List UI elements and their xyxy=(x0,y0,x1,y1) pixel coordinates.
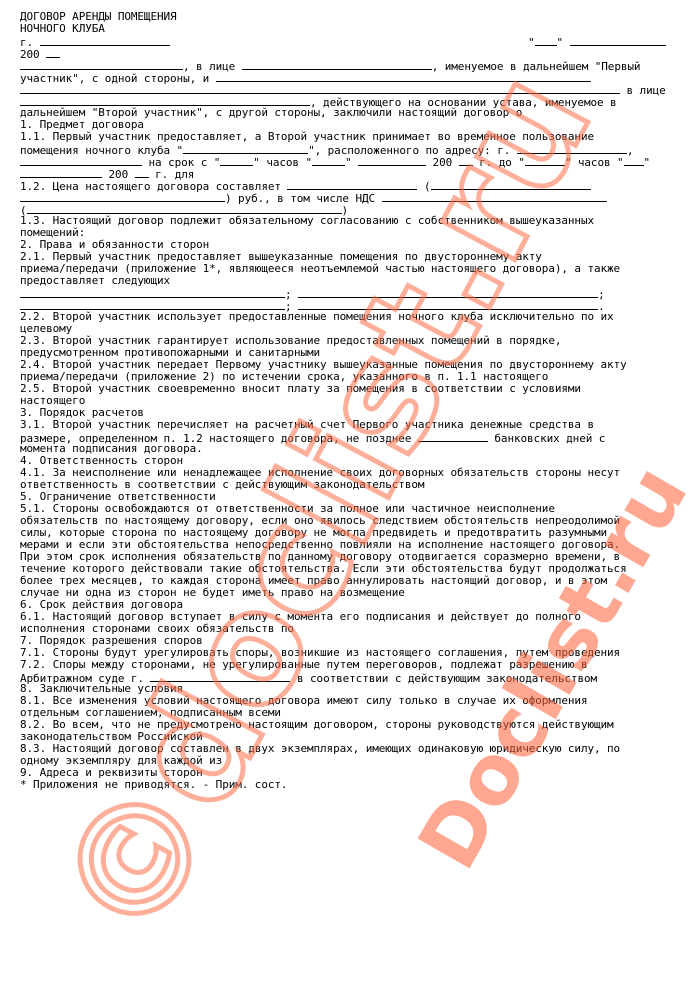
blank-services-line1: ; ; xyxy=(20,287,690,299)
clause-3-1: 3.1. Второй участник перечисляет на расч… xyxy=(20,419,690,431)
clause-2-5: 2.5. Второй участник своевременно вносит… xyxy=(20,383,690,395)
party1-line: , в лице , именуемое в дальнейшем "Первы… xyxy=(20,59,690,71)
clause-1-1: 1.1. Первый участник предоставляет, а Вт… xyxy=(20,131,690,143)
clause-1-2: 1.2. Цена настоящего договора составляет… xyxy=(20,179,690,191)
clause-1-1-line4: 200 г. для xyxy=(20,167,690,179)
clause-1-1-line2: помещения ночного клуба "", расположенно… xyxy=(20,143,690,155)
contract-document: ДОГОВОР АРЕНДЫ ПОМЕЩЕНИЯ НОЧНОГО КЛУБА г… xyxy=(20,11,690,791)
document-title: ДОГОВОР АРЕНДЫ ПОМЕЩЕНИЯ xyxy=(20,11,690,23)
clause-1-3: 1.3. Настоящий договор подлежит обязател… xyxy=(20,215,690,227)
year-line: 200 xyxy=(20,47,690,59)
party1-line2: участник", с одной стороны, и xyxy=(20,71,690,83)
clause-1-1-line3: на срок с "" часов "" часов "" 200 г. до… xyxy=(20,155,690,167)
clause-2-1-line3: предоставляет следующих xyxy=(20,275,690,287)
city-date-line: г. "" xyxy=(20,35,690,47)
document-subtitle: НОЧНОГО КЛУБА xyxy=(20,23,690,35)
clause-7-2: 7.2. Споры между сторонами, не урегулиро… xyxy=(20,659,690,671)
clause-2-2: 2.2. Второй участник использует предоста… xyxy=(20,311,690,323)
party2-line: в лице xyxy=(20,83,690,95)
footnote: * Приложения не приводятся. - Прим. сост… xyxy=(20,779,690,791)
clause-1-2-line2: ) руб., в том числе НДС xyxy=(20,191,690,203)
